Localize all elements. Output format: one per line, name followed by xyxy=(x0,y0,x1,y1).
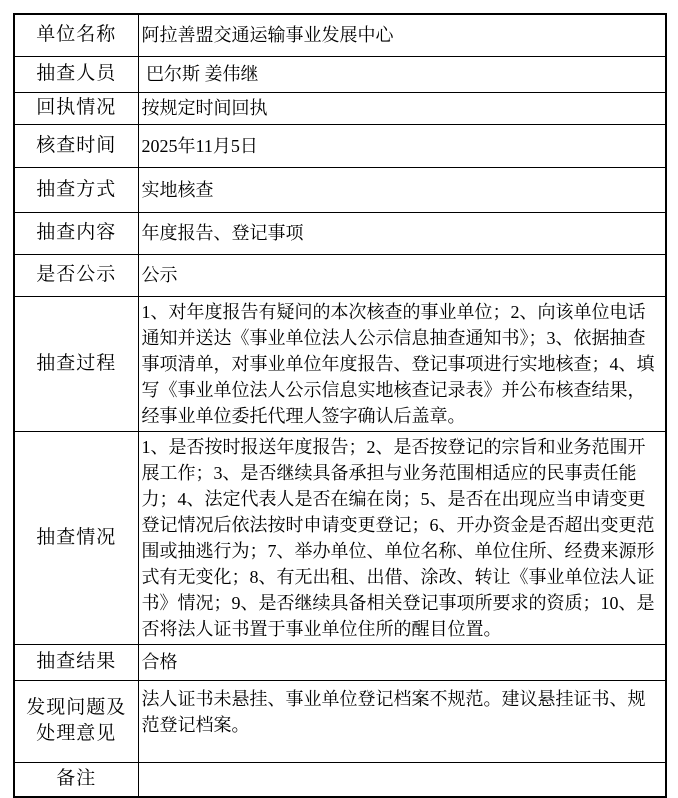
table-row-method: 抽查方式 实地核查 xyxy=(14,167,666,212)
row-value-remarks xyxy=(138,762,666,797)
row-value-process: 1、对年度报告有疑问的本次核查的事业单位；2、向该单位电话通知并送达《事业单位法… xyxy=(138,296,666,431)
row-value-content: 年度报告、登记事项 xyxy=(138,212,666,254)
table-row-inspectors: 抽查人员 巴尔斯 姜伟继 xyxy=(14,56,666,92)
row-value-receipt-status: 按规定时间回执 xyxy=(138,92,666,124)
table-row-receipt-status: 回执情况 按规定时间回执 xyxy=(14,92,666,124)
row-value-publicized: 公示 xyxy=(138,254,666,296)
row-label-content: 抽查内容 xyxy=(14,212,138,254)
table-row-content: 抽查内容 年度报告、登记事项 xyxy=(14,212,666,254)
row-value-inspectors: 巴尔斯 姜伟继 xyxy=(138,56,666,92)
row-label-situation: 抽查情况 xyxy=(14,431,138,644)
row-label-method: 抽查方式 xyxy=(14,167,138,212)
row-value-situation: 1、是否按时报送年度报告；2、是否按登记的宗旨和业务范围开展工作；3、是否继续具… xyxy=(138,431,666,644)
row-label-issues: 发现问题及处理意见 xyxy=(14,680,138,762)
row-label-remarks: 备注 xyxy=(14,762,138,797)
table-row-publicized: 是否公示 公示 xyxy=(14,254,666,296)
row-label-inspectors: 抽查人员 xyxy=(14,56,138,92)
row-label-publicized: 是否公示 xyxy=(14,254,138,296)
table-row-process: 抽查过程 1、对年度报告有疑问的本次核查的事业单位；2、向该单位电话通知并送达《… xyxy=(14,296,666,431)
row-label-result: 抽查结果 xyxy=(14,644,138,680)
table-row-unit-name: 单位名称 阿拉善盟交通运输事业发展中心 xyxy=(14,14,666,56)
inspection-record-table: 单位名称 阿拉善盟交通运输事业发展中心 抽查人员 巴尔斯 姜伟继 回执情况 按规… xyxy=(13,13,667,798)
row-value-check-date: 2025年11月5日 xyxy=(138,124,666,167)
table-row-situation: 抽查情况 1、是否按时报送年度报告；2、是否按登记的宗旨和业务范围开展工作；3、… xyxy=(14,431,666,644)
table-row-result: 抽查结果 合格 xyxy=(14,644,666,680)
row-label-check-date: 核查时间 xyxy=(14,124,138,167)
table-row-issues: 发现问题及处理意见 法人证书未悬挂、事业单位登记档案不规范。建议悬挂证书、规范登… xyxy=(14,680,666,762)
row-value-issues: 法人证书未悬挂、事业单位登记档案不规范。建议悬挂证书、规范登记档案。 xyxy=(138,680,666,762)
row-label-receipt-status: 回执情况 xyxy=(14,92,138,124)
row-label-unit-name: 单位名称 xyxy=(14,14,138,56)
row-value-unit-name: 阿拉善盟交通运输事业发展中心 xyxy=(138,14,666,56)
row-value-method: 实地核查 xyxy=(138,167,666,212)
table-row-remarks: 备注 xyxy=(14,762,666,797)
row-value-result: 合格 xyxy=(138,644,666,680)
table-row-check-date: 核查时间 2025年11月5日 xyxy=(14,124,666,167)
row-label-process: 抽查过程 xyxy=(14,296,138,431)
